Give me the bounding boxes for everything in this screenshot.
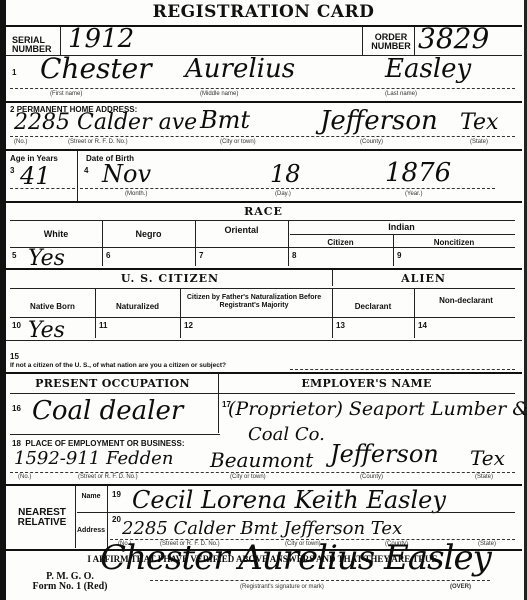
relative-address-value[interactable]: 2285 Calder Bmt Jefferson Tex [122, 518, 402, 539]
divider [6, 268, 522, 270]
divider [6, 372, 522, 374]
birth-day-value[interactable]: 18 [270, 160, 301, 188]
divider [10, 247, 515, 248]
employment-state-value[interactable]: Tex [470, 446, 505, 470]
dashed-line [10, 188, 75, 189]
alien-heading: ALIEN [332, 272, 515, 285]
divider [6, 340, 522, 341]
race-heading: RACE [0, 205, 527, 218]
first-name-value[interactable]: Chester [40, 52, 152, 85]
field-number: 20 [112, 515, 121, 524]
middle-name-value[interactable]: Aurelius [185, 54, 295, 84]
employer-value-continued[interactable]: Coal Co. [248, 424, 325, 445]
employment-street-value[interactable]: 1592-911 Fedden [14, 448, 173, 469]
registration-card: REGISTRATION CARD SERIAL NUMBER 1912 ORD… [0, 0, 527, 600]
field-number: 11 [99, 321, 107, 330]
field-number: 19 [112, 490, 121, 499]
birth-year-value[interactable]: 1876 [385, 158, 451, 188]
race-white-label: White [10, 230, 102, 239]
address-caption: (No.) [14, 139, 27, 145]
race-indian-label: Indian [288, 223, 515, 232]
occupation-heading: PRESENT OCCUPATION [10, 377, 215, 390]
employment-caption: (City or town) [230, 474, 266, 480]
divider [77, 151, 78, 201]
address-state-value[interactable]: Tex [460, 110, 498, 135]
employer-heading: EMPLOYER'S NAME [218, 377, 515, 390]
employment-place-label: 18 PLACE OF EMPLOYMENT OR BUSINESS: [12, 439, 184, 448]
field-number: 10 [12, 321, 21, 330]
divider [414, 27, 415, 55]
employment-caption: (No.) [18, 474, 31, 480]
middle-name-caption: (Middle name) [200, 91, 238, 97]
field-number: 5 [12, 251, 16, 260]
order-label: ORDER NUMBER [366, 33, 416, 51]
employment-county-value[interactable]: Jefferson [330, 440, 439, 468]
address-caption: (Street or R. F. D. No.) [68, 139, 128, 145]
relative-name-value[interactable]: Cecil Lorena Keith Easley [132, 486, 446, 514]
naturalized-label: Naturalized [95, 302, 180, 311]
order-number-value[interactable]: 3829 [418, 22, 489, 55]
address-caption: (County) [360, 139, 383, 145]
race-indian-citizen-label: Citizen [288, 238, 393, 247]
address-caption: (State) [470, 139, 488, 145]
form-identifier: P. M. G. O. Form No. 1 (Red) [30, 572, 110, 592]
race-negro-label: Negro [102, 230, 195, 239]
employment-caption: (Street or R. F. D. No.) [78, 474, 138, 480]
field-number: 14 [418, 321, 427, 330]
field-number: 15 [10, 352, 19, 361]
age-value[interactable]: 41 [20, 162, 51, 190]
us-citizen-heading: U. S. CITIZEN [10, 272, 330, 285]
divider [290, 234, 515, 235]
divider [180, 288, 181, 338]
divider [6, 201, 522, 203]
employment-city-value[interactable]: Beaumont [210, 448, 313, 472]
divider [362, 27, 363, 55]
dashed-line [80, 188, 495, 189]
last-name-caption: (Last name) [385, 91, 417, 97]
field-number: 12 [184, 321, 193, 330]
employment-caption: (County) [360, 474, 383, 480]
native-born-label: Native Born [10, 302, 95, 311]
field-number: 4 [84, 166, 88, 175]
non-declarant-label: Non-declarant [428, 296, 504, 305]
signature-caption: (Registrant's signature or mark) [240, 584, 324, 590]
divider [107, 512, 515, 513]
dashed-line [290, 369, 515, 370]
last-name-value[interactable]: Easley [385, 54, 471, 84]
race-indian-noncitizen-label: Noncitizen [393, 238, 515, 247]
signature-line [150, 580, 490, 581]
serial-number-value[interactable]: 1912 [68, 24, 134, 54]
relative-name-label: Name [75, 492, 107, 501]
birth-month-value[interactable]: Nov [102, 160, 151, 188]
field-number: 3 [10, 166, 14, 175]
birth-month-caption: (Month.) [125, 191, 147, 197]
divider [102, 220, 103, 266]
over-label: (OVER) [450, 584, 471, 590]
employment-caption: (State) [475, 474, 493, 480]
occupation-value[interactable]: Coal dealer [32, 396, 183, 426]
address-city-value[interactable]: Bmt [200, 106, 250, 134]
divider [10, 434, 220, 435]
dashed-line [10, 136, 515, 137]
nation-label: If not a citizen of the U. S., of what n… [10, 362, 226, 369]
nearest-relative-label: NEAREST RELATIVE [10, 508, 74, 528]
declarant-label: Declarant [332, 302, 414, 311]
card-title: REGISTRATION CARD [0, 2, 527, 22]
field-number: 6 [106, 251, 110, 260]
field-number: 8 [292, 251, 296, 260]
dashed-line [10, 472, 515, 473]
field-number: 9 [397, 251, 401, 260]
field-number: 16 [12, 404, 21, 413]
divider [414, 288, 415, 338]
relative-address-label: Address [75, 526, 107, 535]
birth-year-caption: (Year.) [405, 191, 422, 197]
address-street-value[interactable]: 2285 Calder ave [14, 110, 197, 135]
divider [95, 288, 96, 338]
field-number: 13 [336, 321, 345, 330]
father-naturalization-label: Citizen by Father's Naturalization Befor… [184, 294, 324, 310]
address-caption: (City or town) [220, 139, 256, 145]
divider [10, 317, 515, 318]
dashed-line [10, 88, 515, 89]
divider [10, 393, 515, 394]
divider [10, 288, 515, 289]
scan-edge-left [0, 0, 6, 600]
address-county-value[interactable]: Jefferson [320, 106, 438, 136]
divider [6, 149, 522, 151]
divider [10, 220, 515, 221]
employer-value[interactable]: (Proprietor) Seaport Lumber & [228, 398, 527, 420]
divider [6, 101, 522, 103]
first-name-caption: (First name) [50, 91, 82, 97]
birth-day-caption: (Day.) [275, 191, 291, 197]
registrant-signature[interactable]: Chester Aurelius Easley [100, 538, 491, 578]
divider [60, 27, 61, 55]
divider [332, 288, 333, 338]
divider [77, 512, 107, 513]
field-number: 1 [12, 68, 16, 77]
race-oriental-label: Oriental [195, 226, 288, 235]
field-number: 7 [199, 251, 203, 260]
